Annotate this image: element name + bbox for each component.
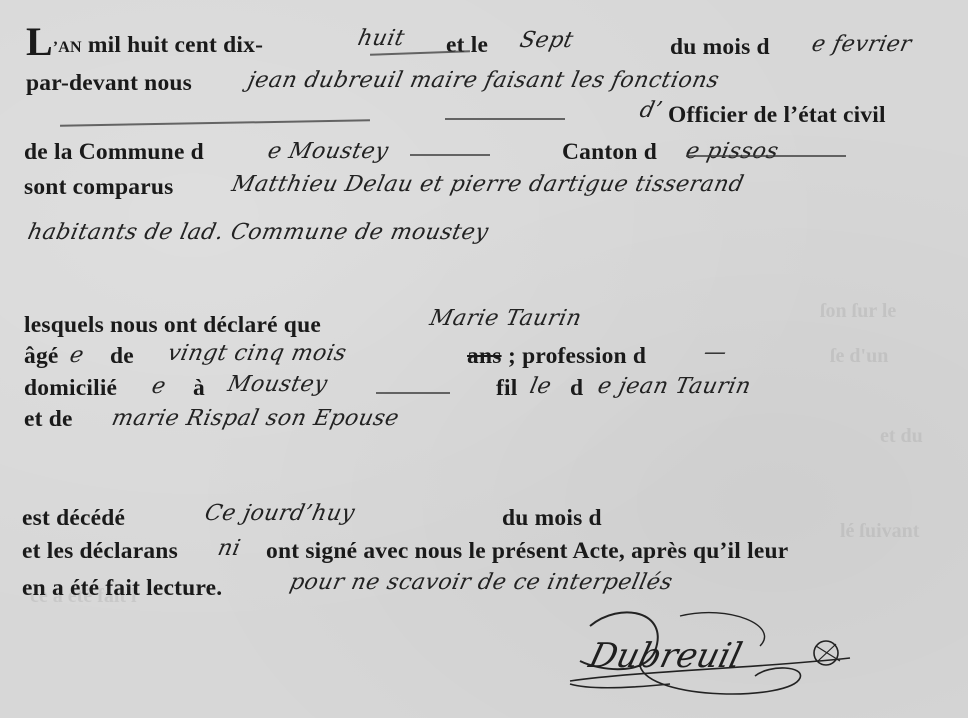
line-10-printed: et de — [24, 408, 73, 432]
struck-printed-word: ans — [467, 345, 502, 369]
handwritten-date-of-death: Ce jourd’huy — [203, 503, 357, 525]
handwritten-officiant: jean dubreuil maire faisant les fonction… — [246, 70, 721, 92]
line-13-printed: en a été fait lecture. — [22, 577, 222, 601]
line-9-printed-b: à — [193, 377, 205, 401]
handwritten-mother: marie Rispal son Epouse — [110, 408, 401, 430]
printed-text: mil huit cent dix- — [88, 32, 263, 58]
handwritten-month: e fevrier — [810, 34, 914, 56]
line-1-printed-a: L’AN mil huit cent dix- — [26, 22, 263, 62]
line-5-printed: sont comparus — [24, 176, 174, 200]
handwritten-canton: e pissos — [684, 141, 781, 163]
handwritten-suffix: e — [68, 345, 86, 367]
line-1-printed-b: et le — [446, 34, 488, 58]
blank-rule — [445, 118, 565, 120]
handwritten-day: Sept — [518, 30, 576, 52]
line-8-printed-c: ; profession d — [508, 345, 646, 369]
line-11-printed-a: est décédé — [22, 507, 125, 531]
line-7-printed: lesquels nous ont déclaré que — [24, 314, 321, 338]
line-12-printed-b: ont signé avec nous le présent Acte, apr… — [266, 540, 788, 564]
handwritten-prefix: d’ — [638, 100, 665, 122]
bleed-through-text: ſe d'un — [830, 345, 888, 368]
line-8-printed-a: âgé — [24, 345, 59, 369]
line-4-printed-b: Canton d — [562, 141, 657, 165]
line-9-printed-a: domicilié — [24, 377, 117, 401]
handwritten-profession: — — [702, 342, 729, 364]
handwritten-year: huit — [356, 28, 407, 50]
handwritten-age: vingt cinq mois — [166, 343, 349, 365]
handwritten-note: pour ne scavoir de ce interpellés — [288, 572, 675, 594]
line-9-printed-d: d — [570, 377, 583, 401]
blank-rule — [60, 119, 370, 126]
line-12-printed-a: et les déclarans — [22, 540, 178, 564]
handwritten-ni: ni — [216, 538, 243, 560]
line-2-printed: par-devant nous — [26, 72, 192, 96]
line-1-printed-c: du mois d — [670, 36, 770, 60]
drop-cap: L — [26, 19, 53, 64]
line-9-printed-c: fil — [496, 377, 517, 401]
line-3-printed: Officier de l’état civil — [668, 104, 886, 128]
handwritten-le: le — [528, 376, 554, 398]
handwritten-declarants: Matthieu Delau et pierre dartigue tisser… — [230, 174, 746, 196]
line-8-printed-b: de — [110, 345, 134, 369]
handwritten-domicile: Moustey — [226, 374, 330, 396]
handwritten-suffix: e — [150, 376, 168, 398]
handwritten-residence: habitants de lad. Commune de moustey — [26, 222, 491, 244]
line-11-printed-b: du mois d — [502, 507, 602, 531]
signature-name: Dubreuil — [585, 636, 746, 676]
handwritten-deceased-name: Marie Taurin — [428, 308, 584, 330]
handwritten-father: e jean Taurin — [596, 376, 753, 398]
small-caps: ’AN — [53, 39, 82, 56]
line-4-printed-a: de la Commune d — [24, 141, 204, 165]
underline — [686, 155, 846, 157]
bleed-through-text: et du — [880, 425, 923, 448]
blank-rule — [410, 154, 490, 156]
bleed-through-text: lé ſuivant — [840, 520, 919, 543]
officer-signature: Dubreuil — [560, 606, 860, 706]
document-page: ſon ſur le ſe d'un et du lé ſuivant ce a… — [0, 0, 968, 718]
bleed-through-text: ſon ſur le — [820, 300, 896, 323]
handwritten-commune: e Moustey — [266, 141, 391, 163]
blank-rule — [376, 392, 450, 394]
